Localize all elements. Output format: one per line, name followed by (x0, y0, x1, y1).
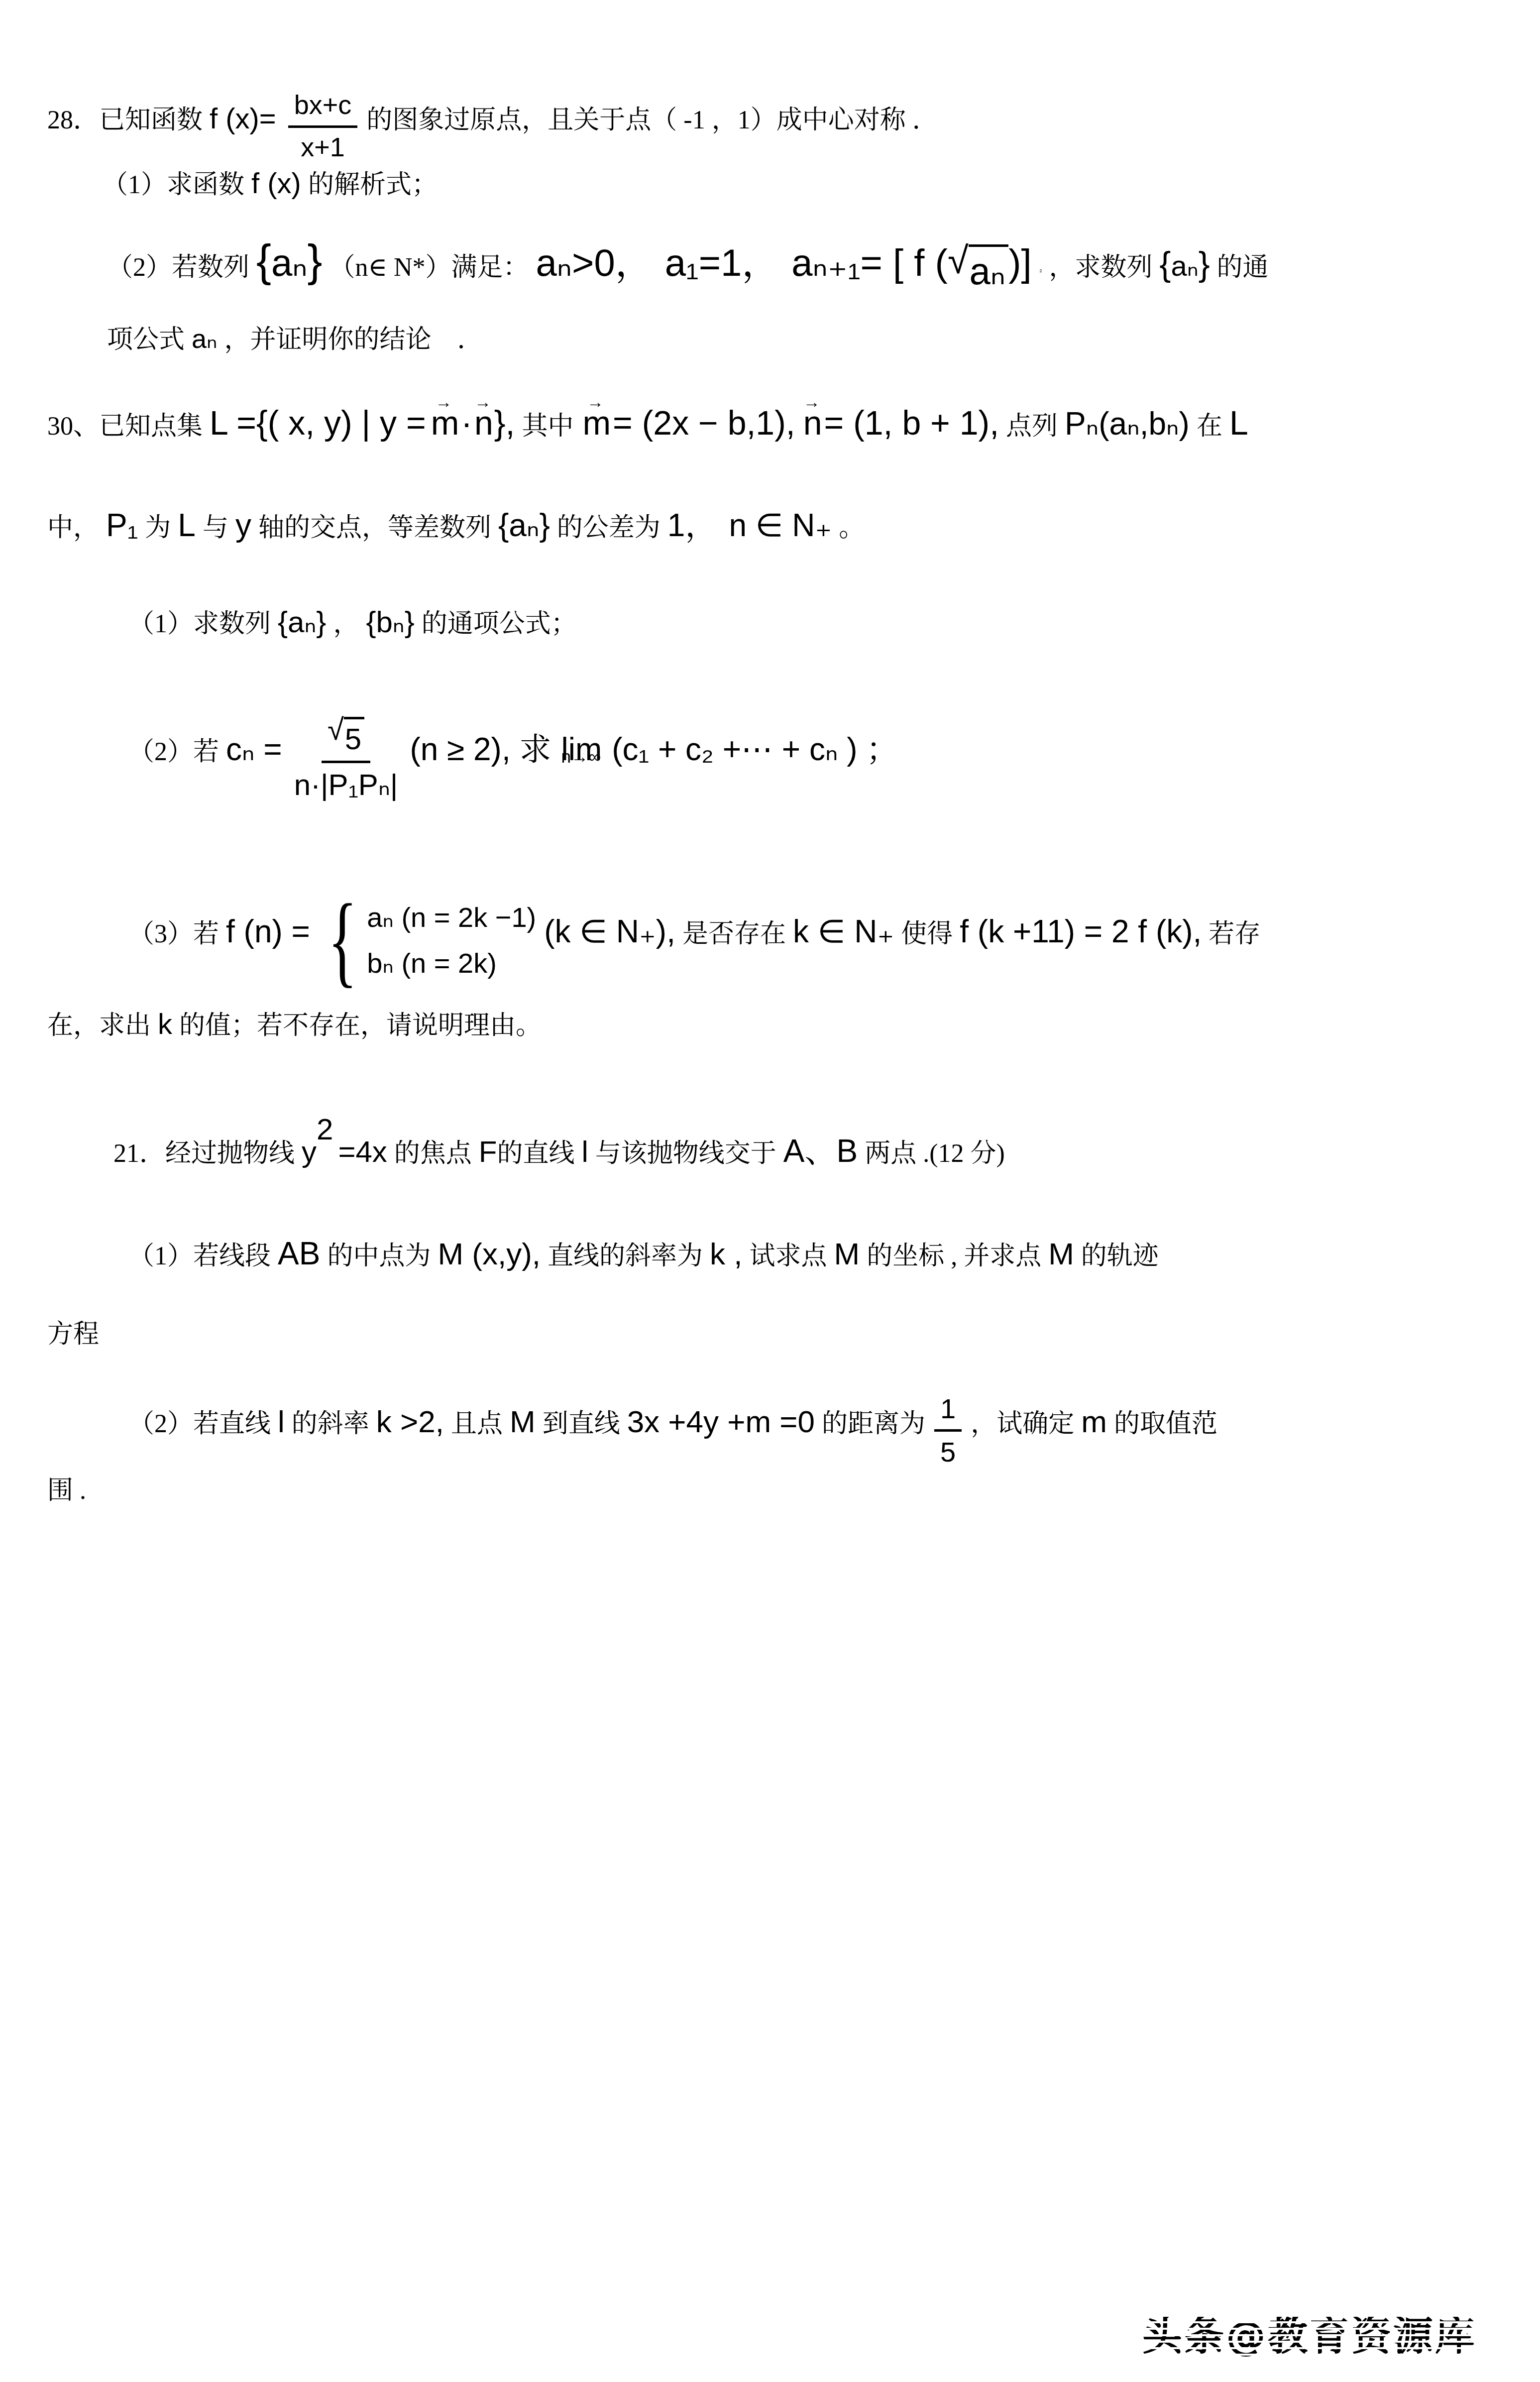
q28-part2-line: （2）若数列 {aₙ} （n∈ N*）满足： aₙ>0， a₁=1， aₙ₊₁=… (107, 233, 1269, 295)
q30-set-definition: L ={( x, y) | y = (210, 404, 426, 442)
q30-point-seq-label: 点列 (1006, 412, 1058, 441)
q28-part2-pre: （2）若数列 (107, 253, 249, 282)
q21-parabola-eq: =4x (338, 1135, 387, 1168)
q21-part2-frac-denominator: 5 (940, 1432, 956, 1470)
q21-part1-c1: 的中点为 (327, 1242, 431, 1270)
q30-part3-k-in-N: k ∈ N₊ (793, 913, 894, 949)
q28-part2b-line: 项公式 aₙ ，并证明你的结论 ． (107, 323, 483, 356)
q21-part2-c6: 的取值范 (1114, 1410, 1217, 1438)
q21-part2-pre: （2）若直线 (128, 1410, 271, 1438)
q30-seq-an-braced: {aₙ} (498, 507, 550, 543)
q21-part2-c4: 的距离为 (822, 1410, 925, 1438)
q30-part1-seq-an: {aₙ} (278, 605, 326, 639)
q30-part1-seq-bn: {bₙ} (366, 605, 414, 639)
watermark-toutiao-edu: 头条@教育资源库 (1142, 2304, 1477, 2361)
q28-part1-pre: （1）求函数 (102, 171, 244, 199)
q28-part2b-an: aₙ (192, 324, 218, 354)
q28-part2-radicand: aₙ (969, 244, 1009, 295)
q21-part1-c3: 试求点 (750, 1242, 827, 1270)
q21-part2-line-eq: 3x +4y +m =0 (627, 1405, 815, 1439)
q30-part1-comma: ， (333, 610, 359, 638)
q30-m-components: = (2x − b,1), (613, 404, 795, 442)
q21-part2-k-gt-2: k >2, (376, 1405, 444, 1439)
q21-stem-line: 21．经过抛物线 y2=4x 的焦点 F的直线 l 与该抛物线交于 A、B 两点… (113, 1131, 1005, 1171)
q30-n-in-N: n ∈ N₊ (729, 507, 832, 543)
q30-part3-k-domain: (k ∈ N₊), (544, 913, 675, 949)
q30-part2-condition: (n ≥ 2), 求 (410, 731, 551, 767)
q28-part2b-pre: 项公式 (107, 326, 185, 354)
q21-part1-c2: 直线的斜率为 (548, 1242, 703, 1270)
q28-part2-an-positive: aₙ>0， (536, 242, 653, 284)
q21-line-label: 的直线 (497, 1139, 574, 1168)
q21-part2-M: M (510, 1405, 536, 1439)
q30-on: 在 (1197, 412, 1222, 441)
vector-arrow-icon: → (587, 392, 604, 413)
piecewise-case-even: bₙ (n = 2k) (367, 946, 536, 981)
q21-part1-k: k , (710, 1237, 742, 1271)
q28-part2-seq2: aₙ (1171, 250, 1198, 282)
q28-part1-line: （1）求函数 f (x) 的解析式； (102, 166, 438, 202)
q21-intersect-label: 与该抛物线交于 (595, 1139, 776, 1168)
q21-part2-fraction: 15 (934, 1391, 962, 1470)
q30-part2-limit: limn→∞ (561, 729, 602, 769)
q30-vector-n2: →n (803, 402, 822, 445)
q30-part1-post: 的通项公式； (422, 610, 577, 638)
q28-part2-cond: （n∈ N*）满足： (329, 253, 529, 282)
close-brace: } (308, 236, 323, 286)
q21-points-AB: A、B (783, 1133, 858, 1169)
q30-part1-pre: （1）求数列 (128, 610, 271, 638)
q30-stem2-c1: 中， (47, 514, 99, 542)
vector-arrow-icon: → (474, 392, 491, 413)
q28-part1-post: 的解析式； (308, 171, 438, 199)
q21-line-l: l (582, 1135, 588, 1168)
q21-focus-F: F (479, 1135, 497, 1168)
q30-vector-n: →n (474, 402, 493, 445)
q30-point-pn: Pₙ(aₙ,bₙ) (1065, 406, 1190, 442)
q21-part1-c4: 的坐标 , 并求点 (867, 1242, 1041, 1270)
q30-stem2-c3: 与 (203, 514, 228, 542)
q21-part2b-text: 围 . (47, 1476, 86, 1505)
q21-part1-c5: 的轨迹 (1081, 1242, 1159, 1270)
q30-among: 其中 (522, 412, 573, 441)
q30-common-difference: 1， (667, 507, 717, 543)
q28-fx-equation: f (x)= (210, 103, 276, 135)
q30-part2-frac-denominator: n·|P₁Pₙ| (294, 763, 398, 803)
q21-part1-M: M (x,y), (438, 1237, 541, 1271)
q28-part2-seq2-braced: {aₙ} (1160, 250, 1210, 282)
q21-parabola-sup2: 2 (317, 1111, 333, 1148)
q30-part2-cn: cₙ = (226, 731, 282, 767)
q30-y-axis: y (235, 507, 251, 543)
q28-fraction-denominator: x+1 (301, 128, 345, 165)
q21-part2-c1: 的斜率 (292, 1410, 369, 1438)
vector-arrow-icon: → (435, 392, 452, 413)
q30-n-components: = (1, b + 1), (824, 404, 999, 442)
q21-part1-AB: AB (278, 1236, 320, 1271)
q21-part2-c5: ，试确定 (971, 1410, 1074, 1438)
q30-point-p1: P₁ (106, 507, 138, 543)
q21-focus-label: 的焦点 (394, 1139, 472, 1168)
piecewise-case-odd: aₙ (n = 2k −1) (367, 900, 536, 935)
q21-parabola-y: y (302, 1135, 317, 1168)
q30-part1-line: （1）求数列 {aₙ} ， {bₙ} 的通项公式； (128, 603, 577, 641)
q28-part1-fx: f (x) (251, 167, 301, 200)
q21-part2-line: （2）若直线 l 的斜率 k >2, 且点 M 到直线 3x +4y +m =0… (128, 1391, 1217, 1470)
q30-stem2-line: 中， P₁ 为 L 与 y 轴的交点，等差数列 {aₙ} 的公差为 1， n ∈… (47, 505, 865, 545)
q21-part2b-line: 围 . (47, 1475, 86, 1507)
q28-number-and-intro: 28．已知函数 (47, 106, 203, 134)
open-brace: { (256, 236, 271, 286)
close-brace: } (1199, 245, 1210, 283)
q30-set-L: L (1229, 404, 1248, 442)
q30-L: L (178, 507, 196, 543)
q21-part1b-line: 方程 (47, 1318, 99, 1351)
q21-part1b-text: 方程 (47, 1320, 99, 1349)
exam-document-page: 28．已知函数 f (x)=bx+cx+1 的图象过原点，且关于点（ -1 ，1… (0, 0, 1540, 2382)
q30-part3b-post: 的值；若不存在，请说明理由。 (179, 1012, 542, 1040)
q28-part2-recurrence: aₙ₊₁= [ f ( (791, 242, 948, 284)
q30-part3b-pre: 在，求出 (47, 1012, 151, 1040)
q28-part2-tail: 的通 (1217, 253, 1269, 282)
q28-part2-a1: a₁=1， (665, 242, 780, 284)
q30-part2-pre: （2）若 (128, 738, 219, 766)
q28-part2-seq: aₙ (271, 242, 308, 284)
q21-number-and-intro: 21．经过抛物线 (113, 1139, 295, 1168)
q30-part2-radicand5: 5 (344, 717, 364, 758)
q30-part2-fraction: √5n·|P₁Pₙ| (294, 713, 398, 803)
q30-part3-c2: 使得 (901, 920, 953, 948)
q28-part2-seq-braced: {aₙ} (256, 242, 322, 284)
q30-number-and-intro: 30、已知点集 (47, 412, 203, 441)
open-brace: { (1160, 245, 1171, 283)
q28-stem-tail: 的图象过原点，且关于点（ -1 ，1）成中心对称 ． (366, 106, 938, 134)
q30-part2-frac-numerator: √5 (322, 713, 370, 763)
radical-sign: √ (948, 242, 969, 280)
q30-part3-pre: （3）若 (128, 920, 219, 948)
q30-part2-series-sum: (c₁ + c₂ +⋯ + cₙ ) ； (612, 731, 898, 767)
q21-part1-M3: M (1048, 1237, 1074, 1271)
vector-arrow-icon: → (803, 392, 820, 413)
q28-part2-close-bracket: )] (1008, 242, 1031, 284)
dot-product: · (461, 404, 472, 442)
q28-fraction-numerator: bx+c (288, 89, 358, 128)
q21-part2-l: l (278, 1405, 285, 1439)
q30-part3-c1: 是否存在 (682, 920, 786, 948)
q30-part3-equation: f (k +11) = 2 f (k), (960, 913, 1202, 949)
q30-stem2-c5: 的公差为 (557, 514, 660, 542)
q30-part2-sqrt5: √5 (328, 717, 364, 758)
q30-stem2-c4: 轴的交点，等差数列 (258, 514, 491, 542)
q21-part1-pre: （1）若线段 (128, 1242, 271, 1270)
q30-stem-line: 30、已知点集 L ={( x, y) | y =→m·→n}, 其中 →m= … (47, 402, 1253, 445)
q21-part1-line: （1）若线段 AB 的中点为 M (x,y), 直线的斜率为 k , 试求点 M… (128, 1234, 1159, 1274)
q21-part2-frac-numerator: 1 (934, 1391, 962, 1432)
q28-part2b-post: ，并证明你的结论 ． (224, 326, 483, 354)
q30-part3-line: （3）若 f (n) ={aₙ (n = 2k −1)bₙ (n = 2k)(k… (128, 897, 1260, 984)
q28-stem-line: 28．已知函数 f (x)=bx+cx+1 的图象过原点，且关于点（ -1 ，1… (47, 89, 938, 164)
q21-part2-m: m (1081, 1405, 1107, 1439)
q30-part3b-line: 在，求出 k 的值；若不存在，请说明理由。 (47, 1007, 542, 1043)
q21-part2-c3: 到直线 (543, 1410, 620, 1438)
q30-stem2-c6: 。 (839, 514, 865, 542)
q21-part2-c2: 且点 (451, 1410, 503, 1438)
radical-sign: √ (328, 715, 344, 745)
q28-part2-square-sup: 2 (1040, 268, 1042, 274)
piecewise-rows: aₙ (n = 2k −1)bₙ (n = 2k) (367, 900, 536, 981)
q30-part3-c3: 若存 (1209, 920, 1260, 948)
q30-part3-fn: f (n) = (226, 913, 310, 949)
q28-fraction: bx+cx+1 (288, 89, 358, 164)
q30-part3-piecewise: {aₙ (n = 2k −1)bₙ (n = 2k) (318, 897, 536, 984)
q30-vector-m: →m (431, 402, 459, 445)
q30-set-close: }, (494, 404, 515, 442)
lim-under-script: n→∞ (561, 746, 601, 768)
q30-part2-line: （2）若 cₙ =√5n·|P₁Pₙ|(n ≥ 2), 求limn→∞(c₁ +… (128, 713, 903, 803)
q28-part2-sqrt: √aₙ (948, 244, 1008, 295)
q21-part1-M2: M (834, 1237, 860, 1271)
q28-part2-mid: ，求数列 (1049, 253, 1153, 282)
piecewise-brace: { (328, 897, 357, 984)
q30-stem2-c2: 为 (145, 514, 171, 542)
q21-points-suffix: 两点 .(12 分) (865, 1139, 1005, 1168)
q30-vector-m2: →m (582, 402, 611, 445)
q30-part3b-k: k (158, 1008, 172, 1040)
